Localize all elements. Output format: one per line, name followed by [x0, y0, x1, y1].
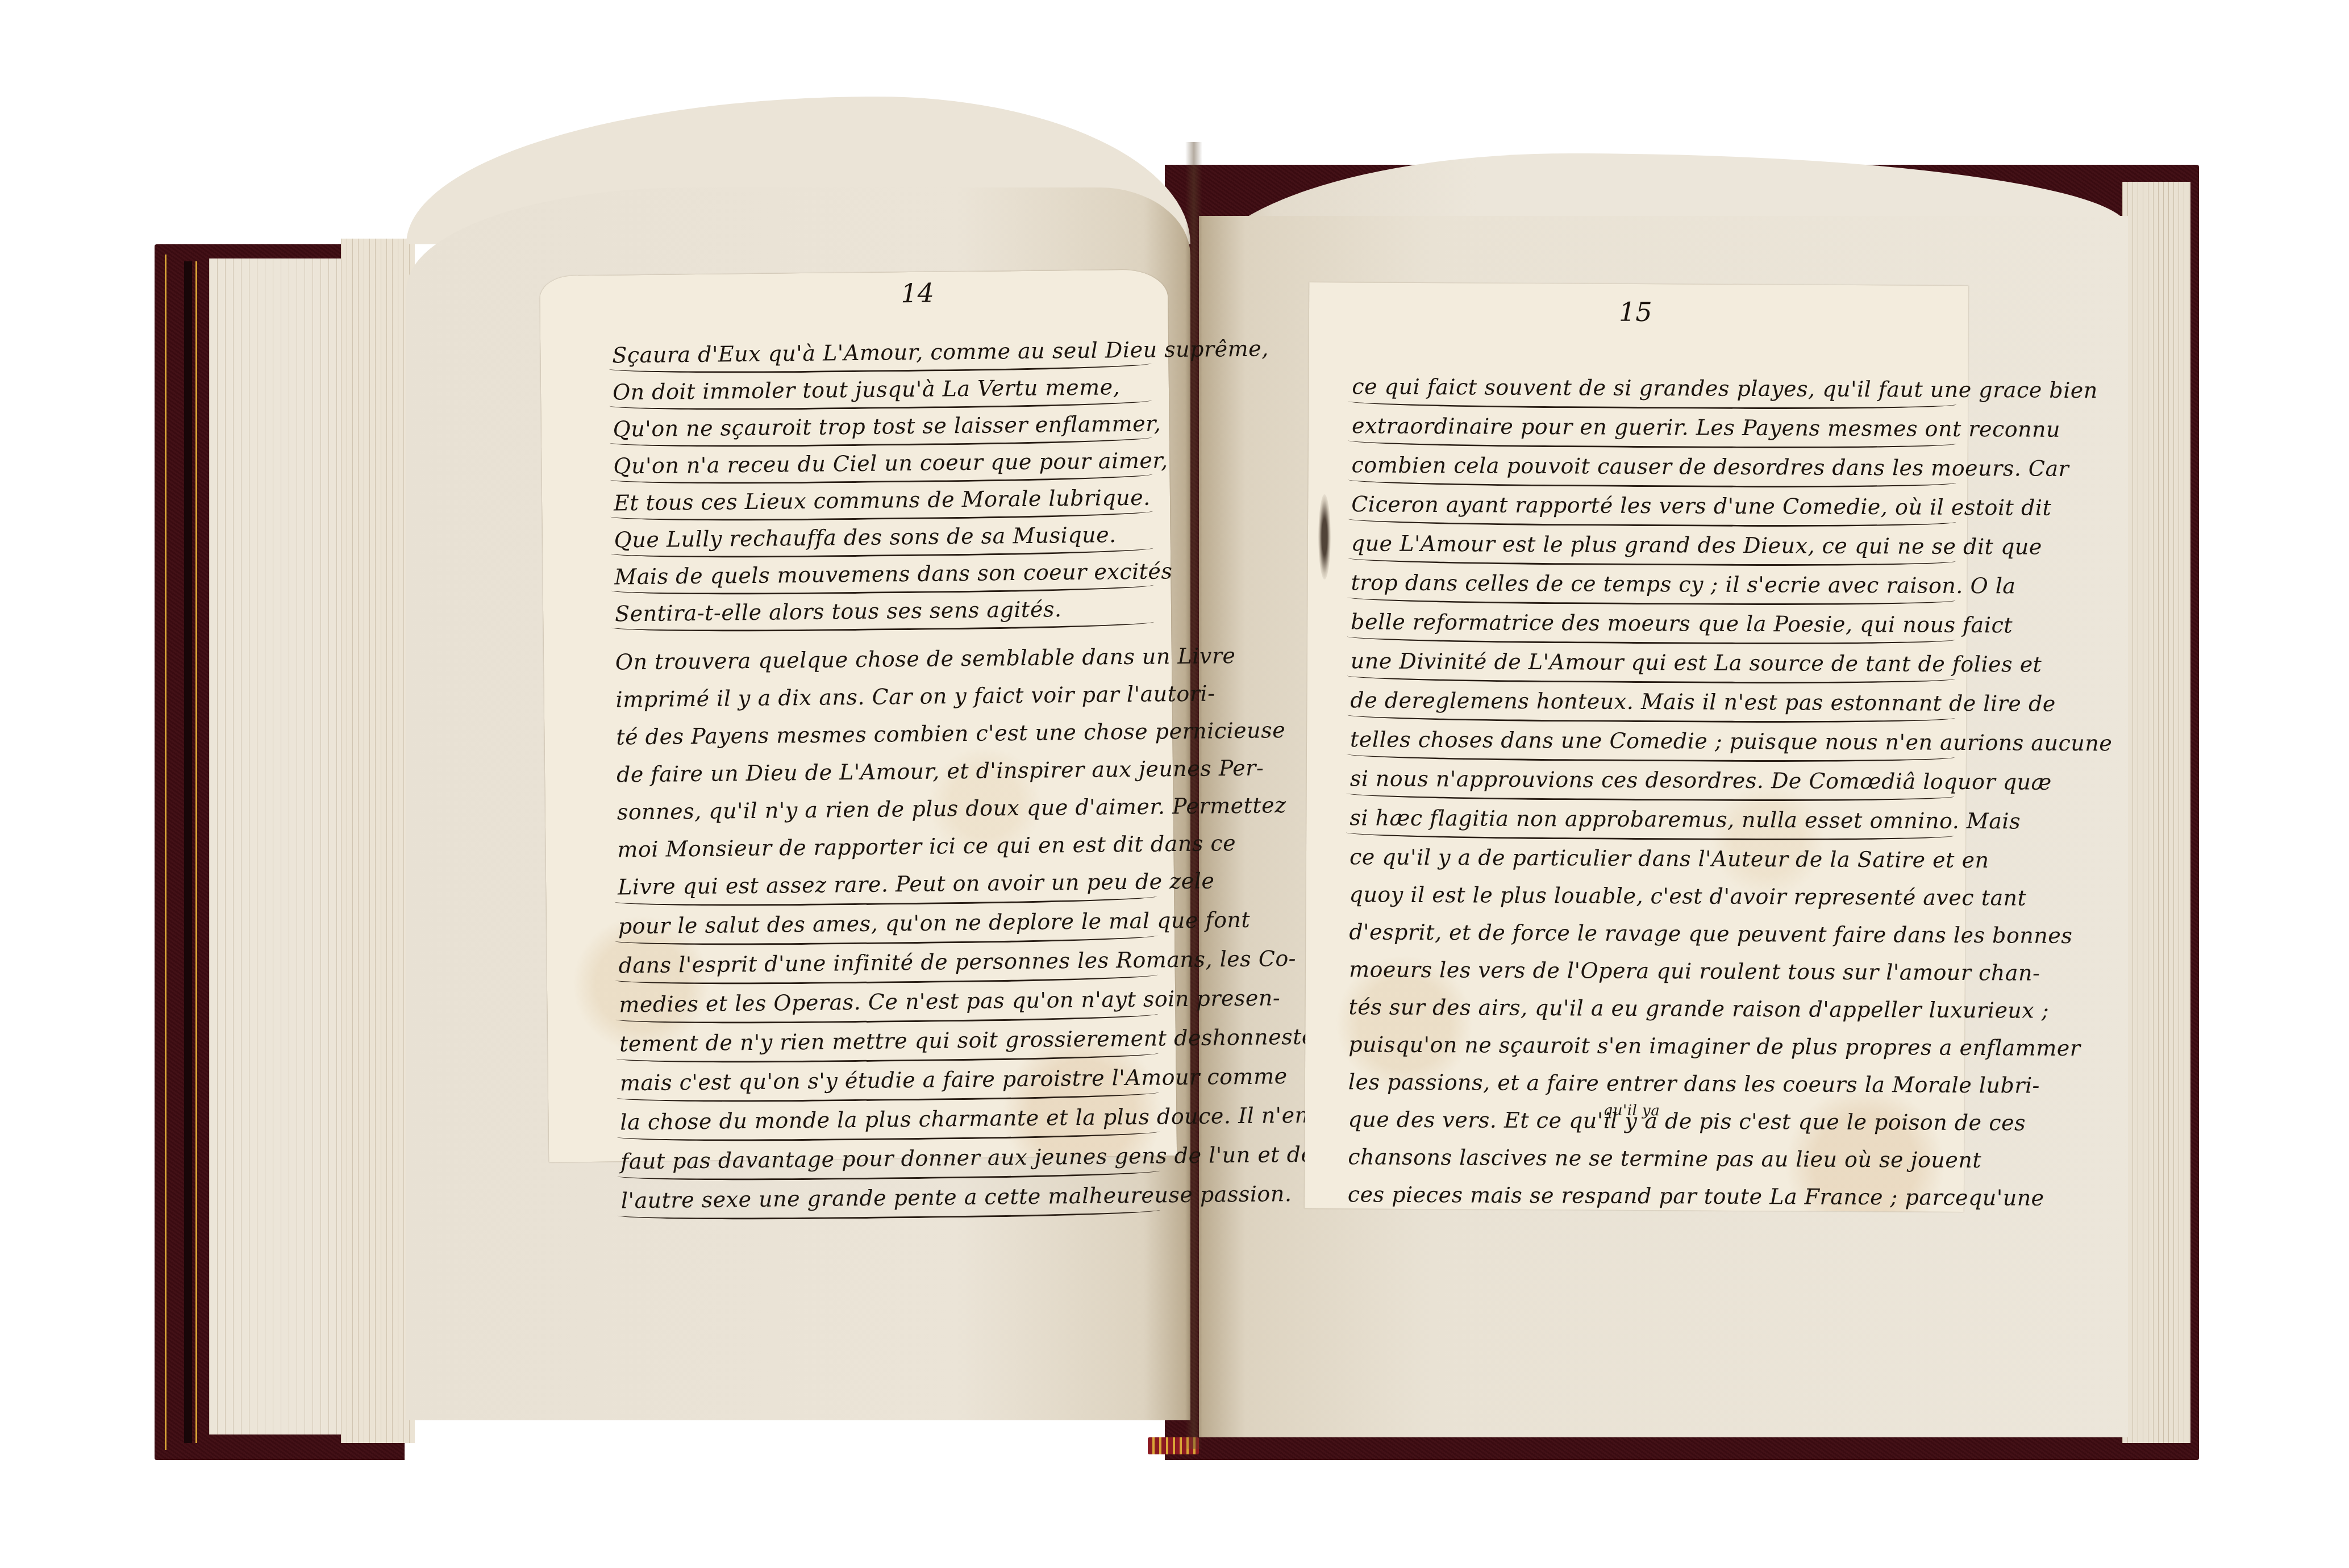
- folio-number-right: 15: [1619, 297, 1652, 327]
- prose-line: combien cela pouvoit causer de desordres…: [1348, 446, 1956, 489]
- right-leaf-text: ce qui faict souvent de si grandes playe…: [1305, 368, 1968, 1216]
- page-stack-left-inner: [341, 239, 415, 1443]
- prose-line: Livre qui est assez rare. Peut on avoir …: [614, 863, 1157, 908]
- gilt-fillet-inner: [195, 261, 197, 1443]
- prose-line: medies et les Operas. Ce n'est pas qu'on…: [615, 981, 1159, 1025]
- prose-line: té des Payens mesmes combien c'est une c…: [613, 713, 1156, 756]
- verse-line: Sentira-t-elle alors tous ses sens agité…: [611, 591, 1155, 633]
- prose-line-text: que des vers. Et ce qu'il y a de pis c'e…: [1348, 1107, 2026, 1135]
- prose-line: faut pas davantage pour donner aux jeune…: [617, 1137, 1160, 1182]
- prose-line: telles choses dans une Comedie ; puisque…: [1347, 720, 1955, 763]
- prose-line: trop dans celles de ce temps cy ; il s'e…: [1347, 564, 1955, 606]
- prose-line: tés sur des airs, qu'il a eu grande rais…: [1345, 988, 1953, 1029]
- verse-line: Et tous ces Lieux communs de Morale lubr…: [610, 480, 1153, 523]
- prose-line: pour le salut des ames, qu'on ne deplore…: [615, 902, 1158, 947]
- verse-line: Sçaura d'Eux qu'à L'Amour, comme au seul…: [609, 332, 1152, 375]
- prose-line: ce qui faict souvent de si grandes playe…: [1348, 368, 1956, 410]
- gilt-fillet-outer: [165, 255, 166, 1450]
- prose-line: si hæc flagitia non approbaremus, nulla …: [1346, 799, 1954, 841]
- prose-line: une Divinité de L'Amour qui est La sourc…: [1347, 642, 1955, 685]
- left-leaf-text: Sçaura d'Eux qu'à L'Amour, comme au seul…: [540, 332, 1177, 1221]
- prose-line: puisqu'on ne sçauroit s'en imaginer de p…: [1345, 1025, 1953, 1066]
- prose-line: extraordinaire pour en guerir. Les Payen…: [1348, 407, 1956, 449]
- prose-line: chansons lascives ne se termine pas au l…: [1344, 1138, 1952, 1179]
- verse-line: Mais de quels mouvemens dans son coeur e…: [611, 554, 1154, 597]
- quoted-verse: Sçaura d'Eux qu'à L'Amour, comme au seul…: [609, 332, 1154, 633]
- ink-stain: [1318, 494, 1331, 579]
- prose-line-with-correction: qu'il ya que des vers. Et ce qu'il y a d…: [1344, 1100, 1952, 1141]
- prose-line: moeurs les vers de l'Opera qui roulent t…: [1346, 950, 1954, 991]
- interlinear-insertion: qu'il ya: [1603, 1092, 1660, 1130]
- prose-paragraph: On trouvera quelque chose de semblable d…: [612, 638, 1161, 1221]
- prose-line: la chose du monde la plus charmante et l…: [617, 1098, 1160, 1142]
- verse-line: Qu'on n'a receu du Ciel un coeur que pou…: [610, 443, 1153, 486]
- prose-line: imprimé il y a dix ans. Car on y faict v…: [612, 675, 1155, 719]
- verse-line: Qu'on ne sçauroit trop tost se laisser e…: [609, 406, 1152, 449]
- page-stack-right: [2122, 182, 2190, 1443]
- prose-line: de dereglemens honteux. Mais il n'est pa…: [1347, 681, 1955, 724]
- cover-turn-in-band: [184, 261, 192, 1443]
- prose-line: quoy il est le plus louable, c'est d'avo…: [1346, 875, 1954, 916]
- manuscript-leaf-left: 14 Sçaura d'Eux qu'à L'Amour, comme au s…: [540, 269, 1177, 1162]
- prose-line: On trouvera quelque chose de semblable d…: [612, 638, 1155, 681]
- prose-line: ce qu'il y a de particulier dans l'Auteu…: [1346, 838, 1954, 879]
- prose-line: que L'Amour est le plus grand des Dieux,…: [1348, 524, 1956, 567]
- manuscript-leaf-right: 15 ce qui faict souvent de si grandes pl…: [1305, 282, 1969, 1212]
- verse-line: On doit immoler tout jusqu'à La Vertu me…: [609, 369, 1152, 412]
- prose-line: moi Monsieur de rapporter ici ce qui en …: [614, 825, 1157, 869]
- prose-line: d'esprit, et de force le ravage que peuv…: [1346, 913, 1954, 954]
- prose-line: Ciceron ayant rapporté les vers d'une Co…: [1348, 485, 1956, 528]
- prose-line: l'autre sexe une grande pente a cette ma…: [618, 1176, 1161, 1221]
- prose-line: dans l'esprit d'une infinité de personne…: [615, 941, 1158, 986]
- folio-number-left: 14: [901, 278, 934, 309]
- prose-line: si nous n'approuvions ces desordres. De …: [1347, 760, 1955, 802]
- prose-line: mais c'est qu'on s'y étudie a faire paro…: [616, 1058, 1159, 1103]
- prose-line: belle reformatrice des moeurs que la Poe…: [1347, 603, 1955, 645]
- prose-line: sonnes, qu'il n'y a rien de plus doux qu…: [613, 788, 1156, 831]
- prose-line: tement de n'y rien mettre qui soit gross…: [616, 1019, 1159, 1064]
- prose-line: de faire un Dieu de L'Amour, et d'inspir…: [613, 750, 1156, 794]
- prose-line: ces pieces mais se respand par toute La …: [1344, 1175, 1952, 1216]
- verse-line: Que Lully rechauffa des sons de sa Musiq…: [610, 517, 1153, 560]
